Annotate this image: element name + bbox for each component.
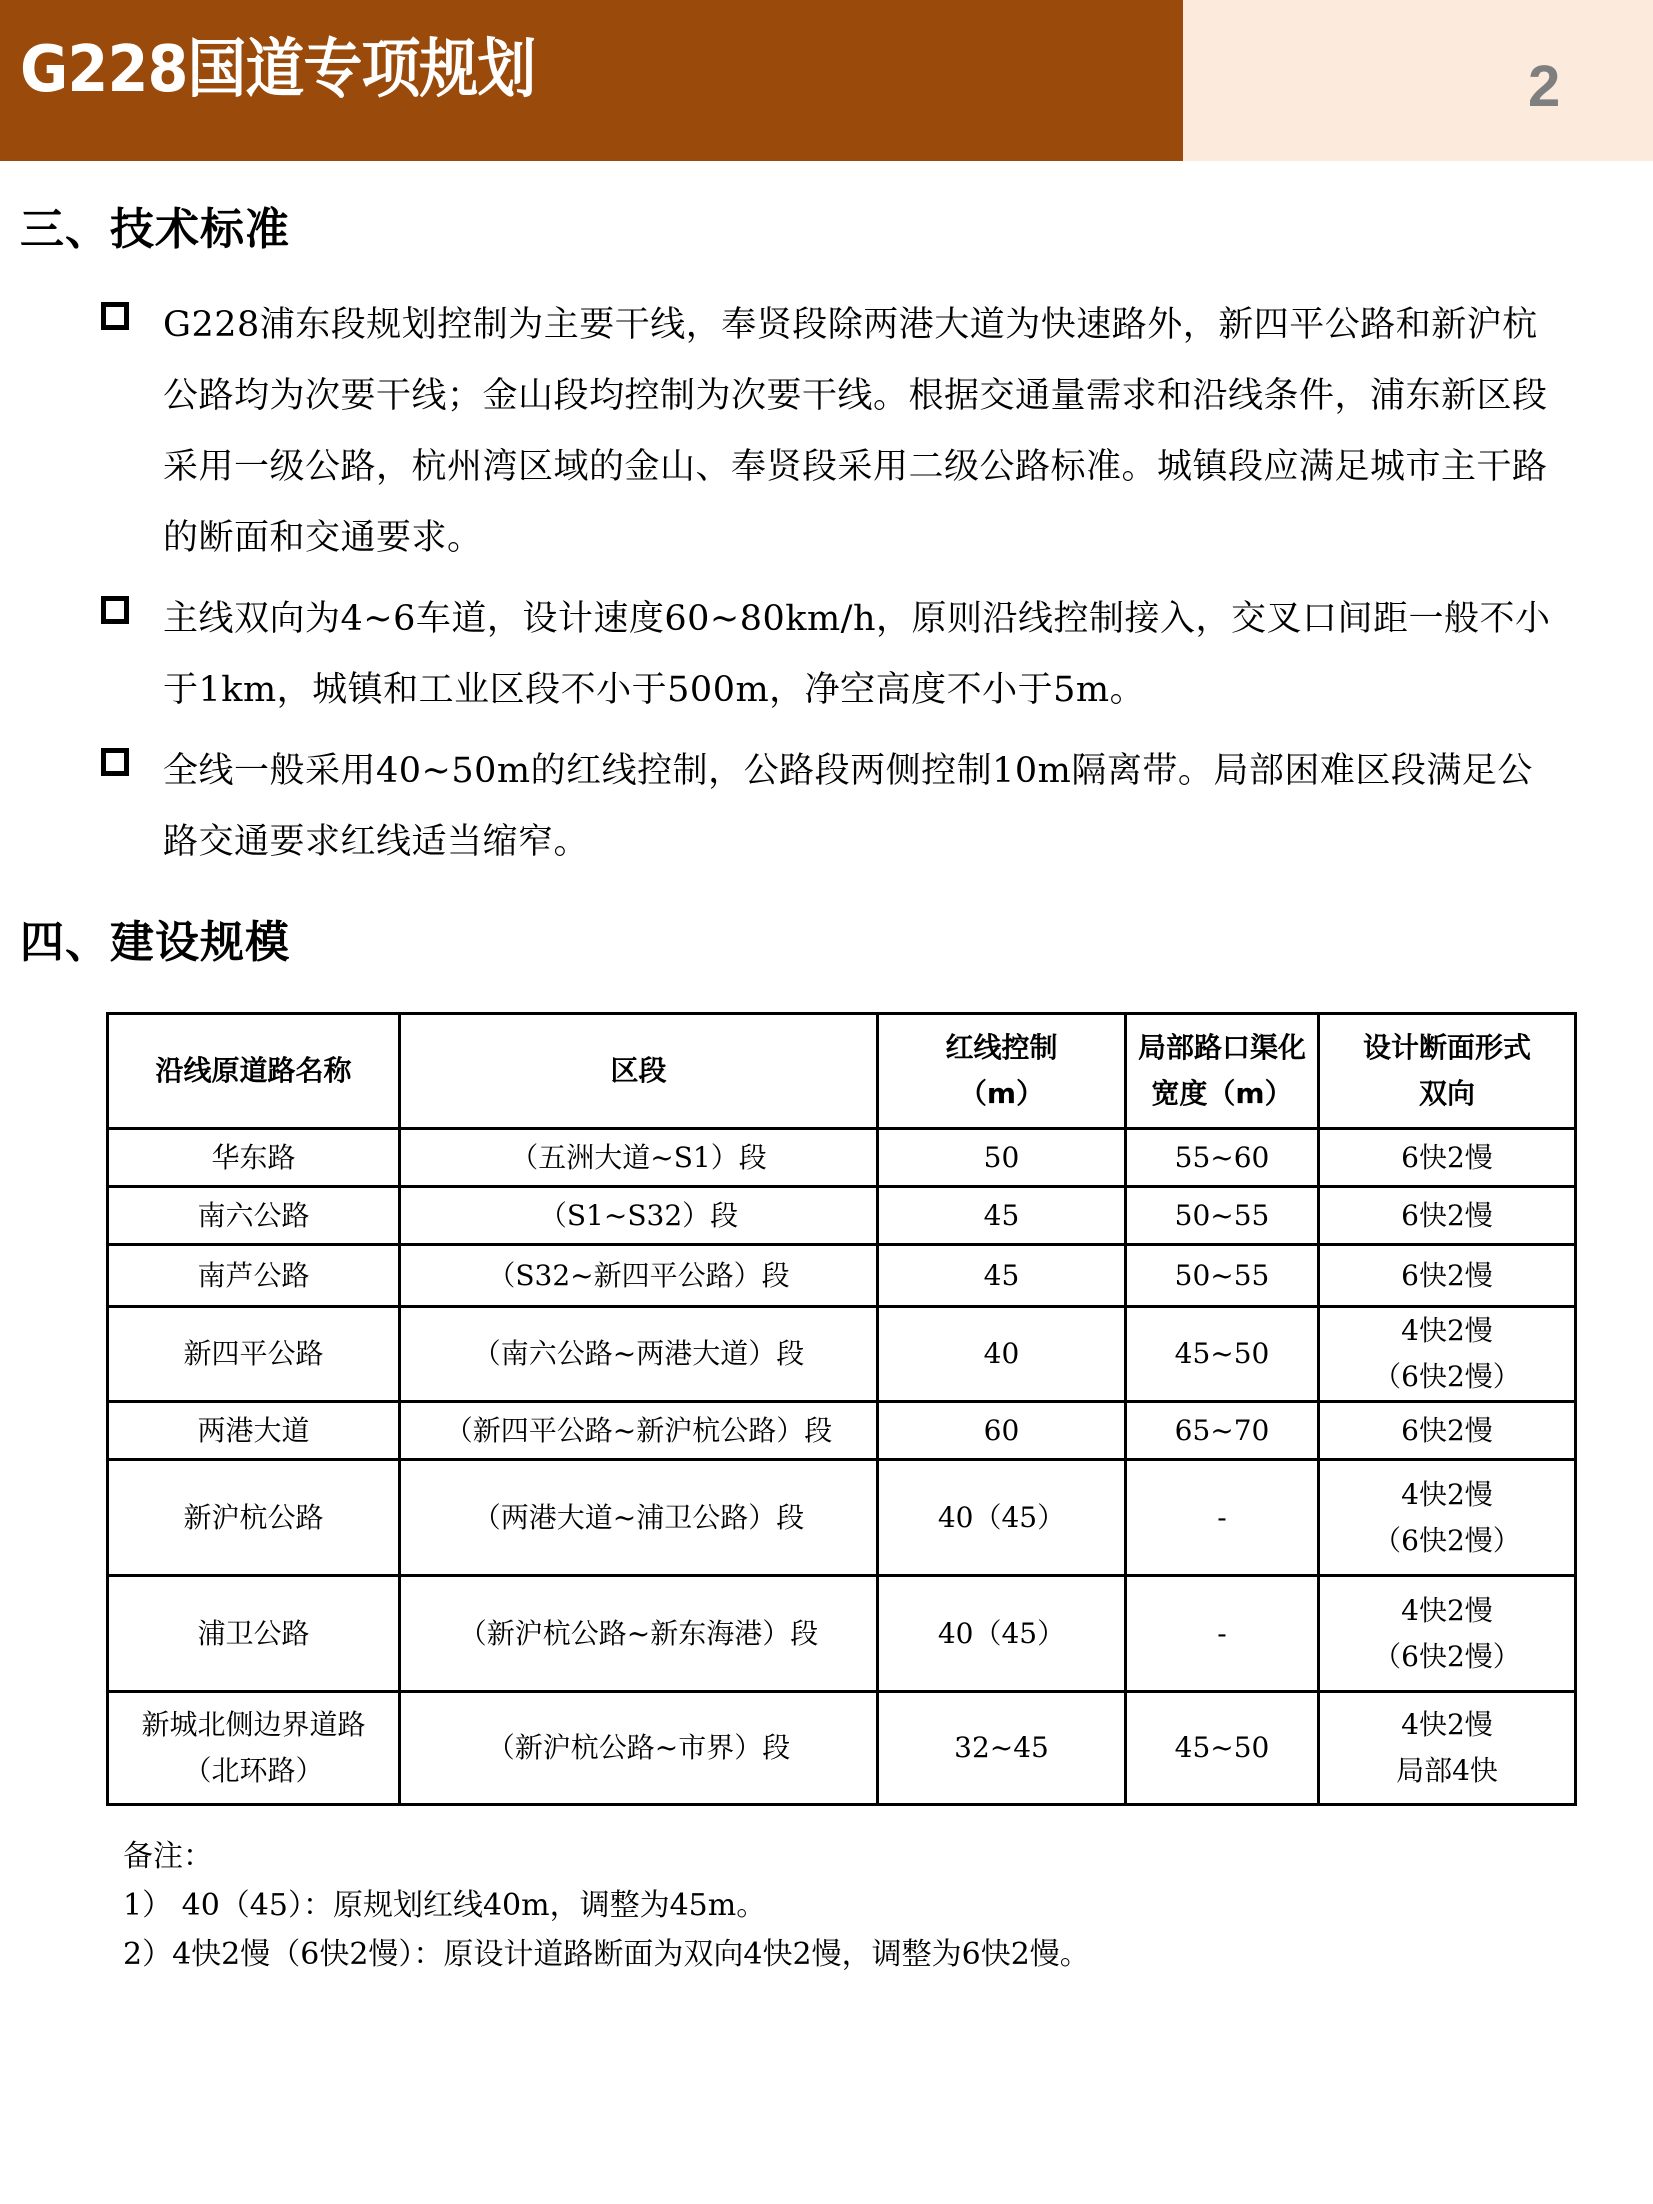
- cell-road: 两港大道: [108, 1402, 400, 1460]
- table-row: 新四平公路 （南六公路~两港大道）段 40 45~50 4快2慢（6快2慢）: [108, 1307, 1576, 1402]
- standards-bullet-list: G228浦东段规划控制为主要干线，奉贤段除两港大道为快速路外，新四平公路和新沪杭…: [101, 290, 1551, 878]
- cell-widening: 55~60: [1126, 1129, 1319, 1187]
- page-number: 2: [1528, 58, 1560, 116]
- cell-section: 4快2慢（6快2慢）: [1319, 1460, 1576, 1576]
- bullet-item: 主线双向为4~6车道，设计速度60~80km/h，原则沿线控制接入，交叉口间距一…: [101, 584, 1551, 726]
- square-bullet-icon: [101, 748, 129, 776]
- cell-segment: （S1~S32）段: [400, 1187, 878, 1245]
- cell-segment: （五洲大道~S1）段: [400, 1129, 878, 1187]
- cell-section: 6快2慢: [1319, 1187, 1576, 1245]
- section-heading-scale: 四、建设规模: [20, 921, 290, 965]
- cell-segment: （南六公路~两港大道）段: [400, 1307, 878, 1402]
- cell-widening: 50~55: [1126, 1245, 1319, 1307]
- section-heading-standards: 三、技术标准: [20, 208, 290, 252]
- cell-road: 新沪杭公路: [108, 1460, 400, 1576]
- cell-section: 4快2慢（6快2慢）: [1319, 1576, 1576, 1692]
- header-red-line: 红线控制（m）: [878, 1014, 1126, 1129]
- cell-red-line: 45: [878, 1187, 1126, 1245]
- cell-section: 6快2慢: [1319, 1245, 1576, 1307]
- cell-segment: （S32~新四平公路）段: [400, 1245, 878, 1307]
- cell-red-line: 60: [878, 1402, 1126, 1460]
- cell-section: 6快2慢: [1319, 1402, 1576, 1460]
- cell-red-line: 40（45）: [878, 1576, 1126, 1692]
- cell-widening: -: [1126, 1460, 1319, 1576]
- bullet-text: 全线一般采用40~50m的红线控制，公路段两侧控制10m隔离带。局部困难区段满足…: [163, 736, 1553, 878]
- table-row: 浦卫公路 （新沪杭公路~新东海港）段 40（45） - 4快2慢（6快2慢）: [108, 1576, 1576, 1692]
- cell-red-line: 40（45）: [878, 1460, 1126, 1576]
- cell-road: 华东路: [108, 1129, 400, 1187]
- cell-segment: （新沪杭公路~市界）段: [400, 1692, 878, 1805]
- header-road-name: 沿线原道路名称: [108, 1014, 400, 1129]
- cell-red-line: 40: [878, 1307, 1126, 1402]
- construction-scale-table-wrapper: 沿线原道路名称 区段 红线控制（m） 局部路口渠化宽度（m） 设计断面形式双向 …: [106, 1012, 1574, 1806]
- cell-section: 4快2慢局部4快: [1319, 1692, 1576, 1805]
- cell-widening: -: [1126, 1576, 1319, 1692]
- cell-segment: （两港大道~浦卫公路）段: [400, 1460, 878, 1576]
- square-bullet-icon: [101, 302, 129, 330]
- page-header: G228国道专项规划 2: [0, 0, 1653, 161]
- cell-segment: （新四平公路~新沪杭公路）段: [400, 1402, 878, 1460]
- table-row: 新城北侧边界道路（北环路） （新沪杭公路~市界）段 32~45 45~50 4快…: [108, 1692, 1576, 1805]
- cell-red-line: 50: [878, 1129, 1126, 1187]
- header-segment: 区段: [400, 1014, 878, 1129]
- header-cross-section: 设计断面形式双向: [1319, 1014, 1576, 1129]
- note-item: 1） 40（45）：原规划红线40m，调整为45m。: [123, 1881, 1090, 1930]
- table-header-row: 沿线原道路名称 区段 红线控制（m） 局部路口渠化宽度（m） 设计断面形式双向: [108, 1014, 1576, 1129]
- header-widening: 局部路口渠化宽度（m）: [1126, 1014, 1319, 1129]
- cell-road: 南芦公路: [108, 1245, 400, 1307]
- document-title: G228国道专项规划: [20, 38, 535, 102]
- cell-section: 4快2慢（6快2慢）: [1319, 1307, 1576, 1402]
- cell-road: 新城北侧边界道路（北环路）: [108, 1692, 400, 1805]
- cell-segment: （新沪杭公路~新东海港）段: [400, 1576, 878, 1692]
- cell-road: 新四平公路: [108, 1307, 400, 1402]
- cell-widening: 50~55: [1126, 1187, 1319, 1245]
- bullet-text: 主线双向为4~6车道，设计速度60~80km/h，原则沿线控制接入，交叉口间距一…: [163, 584, 1553, 726]
- cell-widening: 65~70: [1126, 1402, 1319, 1460]
- notes-title: 备注：: [123, 1832, 1090, 1881]
- bullet-text: G228浦东段规划控制为主要干线，奉贤段除两港大道为快速路外，新四平公路和新沪杭…: [163, 290, 1553, 574]
- cell-widening: 45~50: [1126, 1307, 1319, 1402]
- cell-road: 浦卫公路: [108, 1576, 400, 1692]
- note-item: 2）4快2慢（6快2慢）：原设计道路断面为双向4快2慢，调整为6快2慢。: [123, 1930, 1090, 1979]
- bullet-item: G228浦东段规划控制为主要干线，奉贤段除两港大道为快速路外，新四平公路和新沪杭…: [101, 290, 1551, 574]
- cell-widening: 45~50: [1126, 1692, 1319, 1805]
- square-bullet-icon: [101, 596, 129, 624]
- construction-scale-table: 沿线原道路名称 区段 红线控制（m） 局部路口渠化宽度（m） 设计断面形式双向 …: [106, 1012, 1577, 1806]
- cell-red-line: 32~45: [878, 1692, 1126, 1805]
- cell-road: 南六公路: [108, 1187, 400, 1245]
- cell-section: 6快2慢: [1319, 1129, 1576, 1187]
- table-row: 华东路 （五洲大道~S1）段 50 55~60 6快2慢: [108, 1129, 1576, 1187]
- title-bar: G228国道专项规划: [0, 0, 1183, 161]
- table-row: 南芦公路 （S32~新四平公路）段 45 50~55 6快2慢: [108, 1245, 1576, 1307]
- table-row: 新沪杭公路 （两港大道~浦卫公路）段 40（45） - 4快2慢（6快2慢）: [108, 1460, 1576, 1576]
- table-row: 南六公路 （S1~S32）段 45 50~55 6快2慢: [108, 1187, 1576, 1245]
- table-row: 两港大道 （新四平公路~新沪杭公路）段 60 65~70 6快2慢: [108, 1402, 1576, 1460]
- page-number-panel: 2: [1183, 0, 1653, 161]
- bullet-item: 全线一般采用40~50m的红线控制，公路段两侧控制10m隔离带。局部困难区段满足…: [101, 736, 1551, 878]
- cell-red-line: 45: [878, 1245, 1126, 1307]
- table-notes: 备注： 1） 40（45）：原规划红线40m，调整为45m。 2）4快2慢（6快…: [123, 1832, 1090, 1979]
